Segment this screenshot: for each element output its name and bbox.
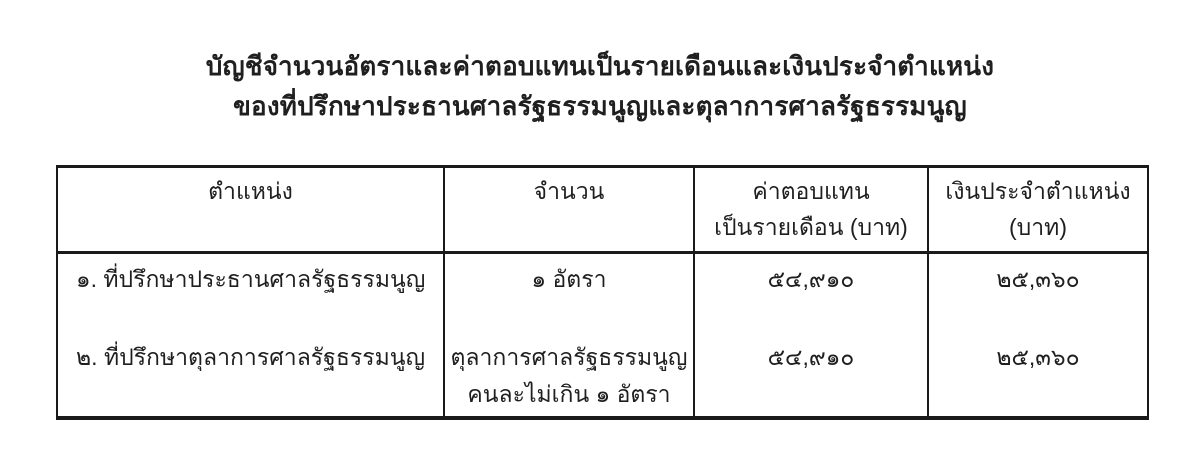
cell-quantity-1: ๑ อัตรา (444, 253, 694, 330)
cell-quantity-2-line2: คนละไม่เกิน ๑ อัตรา (449, 376, 689, 413)
table-row: ๒. ที่ปรึกษาตุลาการศาลรัฐธรรมนูญ ตุลาการ… (57, 330, 1148, 418)
cell-monthly-compensation-2: ๕๔,๙๑๐ (694, 330, 928, 418)
column-header-monthly-compensation-line1: ค่าตอบแทน (699, 173, 923, 209)
document-title: บัญชีจำนวนอัตราและค่าตอบแทนเป็นรายเดือนแ… (0, 46, 1200, 126)
cell-position-2: ๒. ที่ปรึกษาตุลาการศาลรัฐธรรมนูญ (57, 330, 444, 418)
column-header-position-allowance-line2: (บาท) (933, 209, 1143, 245)
column-header-monthly-compensation: ค่าตอบแทน เป็นรายเดือน (บาท) (694, 167, 928, 253)
compensation-table: ตำแหน่ง จำนวน ค่าตอบแทน เป็นรายเดือน (บา… (56, 165, 1149, 420)
table-header: ตำแหน่ง จำนวน ค่าตอบแทน เป็นรายเดือน (บา… (57, 167, 1148, 253)
cell-quantity-2: ตุลาการศาลรัฐธรรมนูญ คนละไม่เกิน ๑ อัตรา (444, 330, 694, 418)
column-header-position-allowance-line1: เงินประจำตำแหน่ง (933, 173, 1143, 209)
cell-quantity-1-line1: ๑ อัตรา (449, 261, 689, 298)
document-title-line1: บัญชีจำนวนอัตราและค่าตอบแทนเป็นรายเดือนแ… (0, 46, 1200, 86)
column-header-position-allowance: เงินประจำตำแหน่ง (บาท) (928, 167, 1148, 253)
cell-position-1: ๑. ที่ปรึกษาประธานศาลรัฐธรรมนูญ (57, 253, 444, 330)
column-header-position: ตำแหน่ง (57, 167, 444, 253)
column-header-quantity: จำนวน (444, 167, 694, 253)
document-page: บัญชีจำนวนอัตราและค่าตอบแทนเป็นรายเดือนแ… (0, 0, 1200, 460)
cell-quantity-2-line1: ตุลาการศาลรัฐธรรมนูญ (449, 339, 689, 376)
column-header-quantity-label: จำนวน (449, 173, 689, 209)
column-header-monthly-compensation-line2: เป็นรายเดือน (บาท) (699, 209, 923, 245)
document-title-line2: ของที่ปรึกษาประธานศาลรัฐธรรมนูญและตุลากา… (0, 86, 1200, 126)
table-header-row: ตำแหน่ง จำนวน ค่าตอบแทน เป็นรายเดือน (บา… (57, 167, 1148, 253)
cell-position-allowance-2: ๒๕,๓๖๐ (928, 330, 1148, 418)
cell-monthly-compensation-1: ๕๔,๙๑๐ (694, 253, 928, 330)
table-body: ๑. ที่ปรึกษาประธานศาลรัฐธรรมนูญ ๑ อัตรา … (57, 253, 1148, 418)
column-header-position-label: ตำแหน่ง (62, 173, 439, 209)
table-row: ๑. ที่ปรึกษาประธานศาลรัฐธรรมนูญ ๑ อัตรา … (57, 253, 1148, 330)
cell-position-allowance-1: ๒๕,๓๖๐ (928, 253, 1148, 330)
